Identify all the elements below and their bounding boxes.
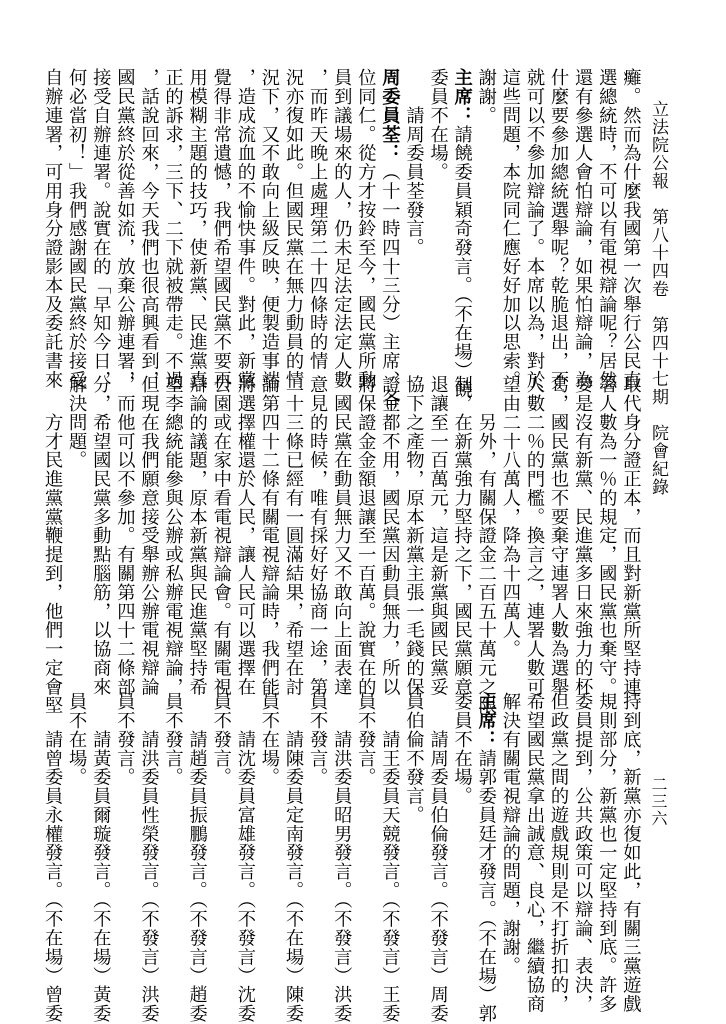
speaker-label: 周委員荃：: [379, 68, 400, 162]
text-column: 癱。然而為什麼我國第一次舉行公民直: [618, 68, 642, 333]
text-column: 況下，又不敢向上級反映，便製造事端: [257, 68, 281, 333]
text-column: 員不發言。: [209, 692, 233, 957]
text-column: 覺得非常遺憾，我們希望國民黨不要再: [209, 68, 233, 333]
text-column: 葛，國民黨也不要棄守連署人數為選舉: [546, 375, 570, 640]
text-column: 但政黨之間的遊戲規則是不打折扣的，: [546, 692, 570, 957]
text-column: 請洪委員性榮發言。（不發言）洪委: [136, 692, 160, 957]
text-column: 退讓至一百萬元，這是新黨與國民黨妥: [426, 375, 450, 640]
text-column: 員不發言。: [353, 692, 377, 957]
text-column: 選總統時，不可以有電視辯論呢？居然: [594, 68, 618, 333]
text-column: 另外，有關保證金二百五十萬元之限: [474, 375, 498, 640]
text-column: 請沈委員富雄發言。（不發言）沈委: [233, 692, 257, 957]
text-column: 協下之產物，原本新黨主張一毛錢的保: [401, 375, 425, 640]
text-column: 持到底，新黨亦復如此，有關三黨遊戲: [618, 692, 642, 957]
text-column: 分，希望國民黨多動點腦筋，以協商來: [88, 375, 112, 640]
text-column: 這些問題，本院同仁應好好加以思索。: [498, 68, 522, 333]
text-column: 請洪委員昭男發言。（不發言）洪委: [329, 692, 353, 957]
text-column: 自辦連署，可用身分證影本及委託書來: [40, 68, 64, 333]
text-column: 周委員荃：（十一時四十三分）主席、各: [377, 68, 401, 333]
text-column: 要是沒有新黨、民進黨多日來強力的杯: [570, 375, 594, 640]
text-column: 二十三條已經有一圓滿結果，希望在討: [281, 375, 305, 640]
page-number: 二三六: [652, 776, 670, 827]
text-column: 委員不在場。: [450, 692, 474, 957]
text-column: 公園或在家中看電視辯論會。有關電視: [209, 375, 233, 640]
text-column: 解決問題。: [64, 375, 88, 640]
text-column: 國民黨終於從善如流，放棄公辦連署，: [112, 68, 136, 333]
text-column: 員不發言。: [112, 692, 136, 957]
text-column: 員到議場來的人，仍未足法定法定人數: [329, 68, 353, 333]
speaker-label: 主席：: [452, 68, 473, 125]
text-column: 希望國民黨拿出誠意、良心，繼續協商: [522, 692, 546, 957]
page-header: 立法院公報第八十四卷第四十七期院會紀錄: [648, 100, 668, 496]
text-column: 意見的時候，唯有採好好協商一途，第: [305, 375, 329, 640]
gazette-page: 立法院公報第八十四卷第四十七期院會紀錄 二三六 癱。然而為什麼我國第一次舉行公民…: [0, 0, 726, 1024]
text-column: 請周委員伯倫發言。（不發言）周委: [426, 692, 450, 957]
text-column: 請王委員天競發言。（不發言）王委: [377, 692, 401, 957]
text-column: 用模糊主題的技巧，使新黨、民進黨真: [185, 68, 209, 333]
text-column: 規則部分，新黨也一定堅持到底。許多: [594, 692, 618, 957]
text-column: 就可以不參加辯論了。本席以為，對於: [522, 68, 546, 333]
text-column: 方才民進黨黨鞭提到，他們一定會堅: [40, 375, 64, 640]
text-column: 謝謝。: [474, 68, 498, 333]
text-band-top: 癱。然而為什麼我國第一次舉行公民直 選總統時，不可以有電視辯論呢？居然 還有參選…: [40, 68, 640, 333]
text-column: 辯論的議題，原本新黨與民進黨堅持希: [185, 375, 209, 640]
volume-label: 第八十四卷: [648, 208, 668, 298]
text-column: 員不發言。: [305, 692, 329, 957]
text-column: 證金都不用，國民黨因動員無力，所以: [377, 375, 401, 640]
text-column: 什麼要參加總統選舉呢？乾脆退出，不: [546, 68, 570, 333]
text-column: 員不在場。: [64, 692, 88, 957]
text-column: 請陳委員定南發言。（不在場）陳委: [281, 692, 305, 957]
text-column: ，話說回來，今天我們也很高興看到，: [136, 68, 160, 333]
text-column: 委員不在場。: [426, 68, 450, 333]
text-column: 員不發言。: [160, 692, 184, 957]
text-column: 解決有關電視辯論的問題，謝謝。: [498, 692, 522, 957]
text-column: ，國民黨在動員無力又不敢向上面表達: [329, 375, 353, 640]
vertical-text-columns: 取代身分證正本，而且對新黨所堅持連 署人數為一％的規定，國民黨也棄守。 要是沒有…: [40, 375, 642, 640]
text-band-middle: 取代身分證正本，而且對新黨所堅持連 署人數為一％的規定，國民黨也棄守。 要是沒有…: [40, 375, 640, 640]
text-column: 署人數為一％的規定，國民黨也棄守。: [594, 375, 618, 640]
text-column: 但現在我們願意接受舉辦公辦電視辯論: [136, 375, 160, 640]
text-column: ，造成流血的不愉快事件。對此，新黨: [233, 68, 257, 333]
text-column: 主席：請郭委員廷才發言。（不在場）郭: [474, 692, 498, 957]
text-column: 請趙委員振鵬發言。（不發言）趙委: [185, 692, 209, 957]
publication-title: 立法院公報: [648, 100, 668, 190]
text-column: 將保證金金額退讓至一百萬。說實在的: [353, 375, 377, 640]
text-column: 請周委員荃發言。: [401, 68, 425, 333]
text-column: 何必當初！」我們感謝國民黨終於接受: [64, 68, 88, 333]
text-band-bottom: 持到底，新黨亦復如此，有關三黨遊戲 規則部分，新黨也一定堅持到底。許多 委員提到…: [40, 692, 640, 957]
text-column: 望李總統能參與公辦或私辦電視辯論，: [160, 375, 184, 640]
text-column: ，而昨天晚上處理第二十四條時的情: [305, 68, 329, 333]
text-column: 人數二％的門檻。換言之，連署人數可: [522, 375, 546, 640]
text-column: 正的訴求，三下、二下就被帶走。不過: [160, 68, 184, 333]
text-column: 望由二十八萬人，降為十四萬人。: [498, 375, 522, 640]
text-column: 制，在新黨強力堅持之下，國民黨願意: [450, 375, 474, 640]
text-column: 接受自辦連署。說實在的「早知今日，: [88, 68, 112, 333]
section-label: 院會紀錄: [648, 424, 668, 496]
text-column: 論第四十二條有關電視辯論時，我們能: [257, 375, 281, 640]
text-column: 將選擇權還於人民，讓人民可以選擇在: [233, 375, 257, 640]
text-column: 位同仁。從方才按鈴至今，國民黨所動: [353, 68, 377, 333]
vertical-text-columns: 癱。然而為什麼我國第一次舉行公民直 選總統時，不可以有電視辯論呢？居然 還有參選…: [40, 68, 642, 333]
text-column: 員不在場。: [257, 692, 281, 957]
text-column: 還有參選人會怕辯論，如果怕辯論，為: [570, 68, 594, 333]
text-column: ，而他可以不參加。有關第四十二條部: [112, 375, 136, 640]
text-column: 請黃委員爾璇發言。（不在場）黃委: [88, 692, 112, 957]
text-column: 況亦復如此。但國民黨在無力動員的情: [281, 68, 305, 333]
speaker-label: 主席：: [476, 692, 497, 749]
text-column: 主席：請饒委員穎奇發言。（不在場）饒: [450, 68, 474, 333]
issue-label: 第四十七期: [648, 316, 668, 406]
text-column: 取代身分證正本，而且對新黨所堅持連: [618, 375, 642, 640]
vertical-text-columns: 持到底，新黨亦復如此，有關三黨遊戲 規則部分，新黨也一定堅持到底。許多 委員提到…: [40, 692, 642, 957]
text-column: 委員提到，公共政策可以辯論、表決，: [570, 692, 594, 957]
text-column: 請曾委員永權發言。（不在場）曾委: [40, 692, 64, 957]
text-column: 員伯倫不發言。: [401, 692, 425, 957]
